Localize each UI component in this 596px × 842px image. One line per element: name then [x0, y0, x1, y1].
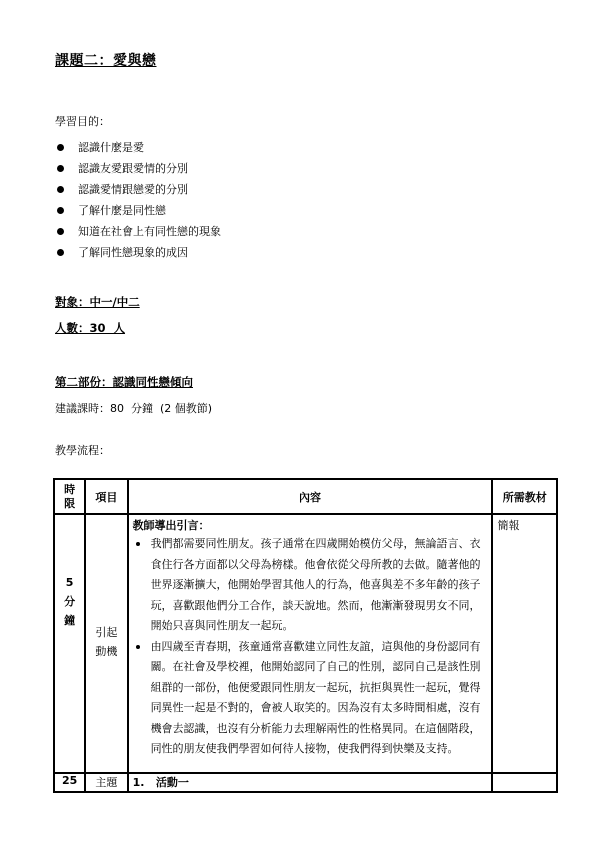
objective-item: 認識什麼是愛 [55, 137, 221, 158]
content-heading: 教師導出引言： [133, 517, 488, 534]
flow-label: 教學流程： [55, 442, 110, 458]
content-item: 由四歲至青春期，孩童通常喜歡建立同性友誼，這與他的身份認同有關。在社會及學校裡，… [133, 637, 488, 760]
time-cell: 5 分 鐘 [54, 514, 85, 773]
objective-item: 了解什麼是同性戀 [55, 200, 221, 221]
part-title: 第二部份：認識同性戀傾向 [55, 374, 203, 390]
objective-item: 了解同性戀現象的成因 [55, 242, 221, 263]
header-materials: 所需教材 [492, 479, 557, 514]
table-row: 25 主題 1. 活動一 [54, 773, 557, 792]
objective-item: 認識友愛跟愛情的分別 [55, 158, 221, 179]
header-content: 內容 [128, 479, 493, 514]
header-time: 時限 [54, 479, 85, 514]
objectives-list: 認識什麼是愛 認識友愛跟愛情的分別 認識愛情跟戀愛的分別 了解什麼是同性戀 知道… [55, 137, 221, 263]
bullet-icon [57, 165, 64, 172]
materials-cell: 簡報 [492, 514, 557, 773]
table-row: 5 分 鐘 引起 動機 教師導出引言： 我們都需要同性朋友。孩子通常在四歲開始模… [54, 514, 557, 773]
materials-cell [492, 773, 557, 792]
bullet-icon [136, 645, 140, 649]
content-list: 我們都需要同性朋友。孩子通常在四歲開始模仿父母，無論語言、衣食住行各方面都以父母… [133, 534, 488, 760]
bullet-icon [57, 249, 64, 256]
item-cell: 引起 動機 [85, 514, 127, 773]
headcount-label: 人數：30 人 [55, 320, 125, 336]
bullet-icon [57, 186, 64, 193]
table-header-row: 時限 項目 內容 所需教材 [54, 479, 557, 514]
bullet-icon [57, 144, 64, 151]
content-item: 我們都需要同性朋友。孩子通常在四歲開始模仿父母，無論語言、衣食住行各方面都以父母… [133, 534, 488, 637]
bullet-icon [136, 542, 140, 546]
audience-label: 對象：中一/中二 [55, 294, 140, 310]
objectives-label: 學習目的： [55, 113, 110, 129]
bullet-icon [57, 228, 64, 235]
bullet-icon [57, 207, 64, 214]
lesson-plan-table: 時限 項目 內容 所需教材 5 分 鐘 引起 動機 教師導出引言： 我們都需要同… [53, 478, 558, 793]
objective-item: 知道在社會上有同性戀的現象 [55, 221, 221, 242]
time-cell: 25 [54, 773, 85, 792]
header-item: 項目 [85, 479, 127, 514]
duration-label: 建議課時：80 分鐘 (2 個教節) [55, 400, 212, 416]
page-title: 課題二：愛與戀 [55, 50, 171, 70]
objective-item: 認識愛情跟戀愛的分別 [55, 179, 221, 200]
item-cell: 主題 [85, 773, 127, 792]
content-cell: 教師導出引言： 我們都需要同性朋友。孩子通常在四歲開始模仿父母，無論語言、衣食住… [128, 514, 493, 773]
content-cell: 1. 活動一 [128, 773, 493, 792]
